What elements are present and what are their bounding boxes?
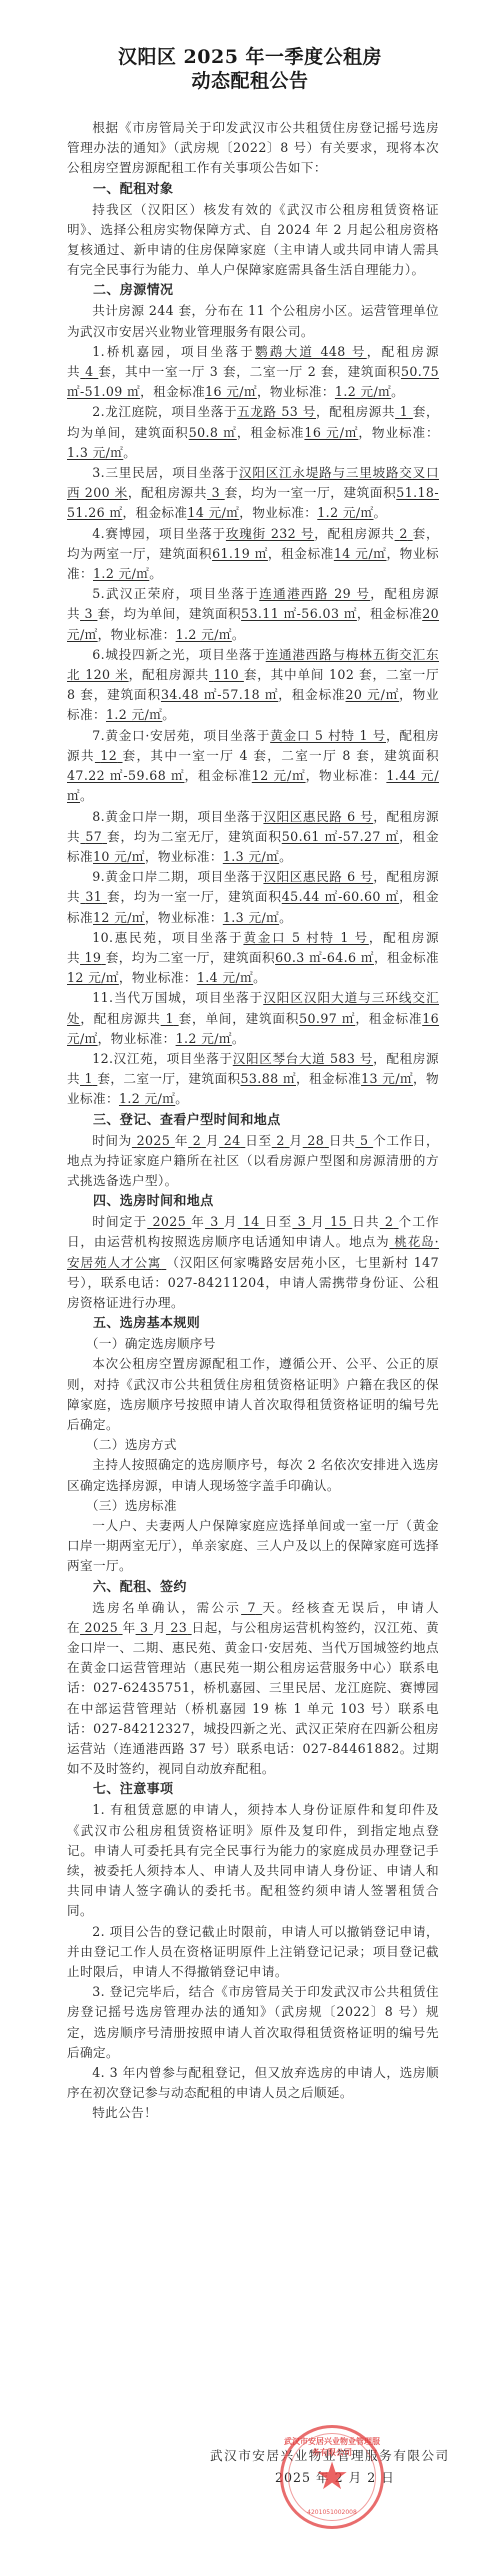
eligibility-text: 持我区（汉阳区）核发有效的《武汉市公租房租赁资格证明》、选择公租房实物保障方式、… <box>67 200 439 281</box>
notes-item-2: 2. 项目公告的登记截止时限前，申请人可以撤销登记申请，并由登记工作人员在资格证… <box>67 1922 439 1983</box>
rules-sub2-heading: （二）选房方式 <box>67 1435 439 1455</box>
rules-sub3-text: 一人户、夫妻两人户保障家庭应选择单间或一室一厅（黄金口岸一期两室无厅），单亲家庭… <box>67 1516 439 1577</box>
housing-item: 8.黄金口岸一期，项目坐落于汉阳区惠民路 6 号，配租房源共 57 套，均为二室… <box>67 807 439 868</box>
section-heading-notes: 七、注意事项 <box>67 1779 439 1800</box>
housing-item: 10.惠民苑，项目坐落于黄金口 5 村特 1 号，配租房源共 19 套，均为二室… <box>67 928 439 989</box>
notes-item-1: 1. 有租赁意愿的申请人，须持本人身份证原件和复印件及《武汉市公租房租赁资格证明… <box>67 1800 439 1921</box>
closing-text: 特此公告！ <box>67 2103 439 2123</box>
housing-item: 7.黄金口·安居苑，项目坐落于黄金口 5 村特 1 号，配租房源共 12 套，其… <box>67 726 439 807</box>
section-heading-eligibility: 一、配租对象 <box>67 179 439 200</box>
section-heading-rules: 五、选房基本规则 <box>67 1313 439 1334</box>
section-heading-signing: 六、配租、签约 <box>67 1577 439 1598</box>
rules-sub3-heading: （三）选房标准 <box>67 1496 439 1516</box>
seal-number: 4201051002008 <box>283 2509 381 2516</box>
selection-time: 时间定于 2025 年 3 月 14 日至 3 月 15 日共 2 个工作日，由… <box>67 1212 439 1313</box>
housing-item: 11.当代万国城，项目坐落于汉阳区汉阳大道与三环线交汇处，配租房源共 1 套，单… <box>67 988 439 1049</box>
section-heading-housing: 二、房源情况 <box>67 280 439 301</box>
housing-item: 6.城投四新之光，项目坐落于连通港西路与梅林五街交汇东北 120 米，配租房源共… <box>67 645 439 726</box>
document-title-line1: 汉阳区 2025 年一季度公租房 <box>0 42 500 69</box>
housing-item: 1.桥机嘉园，项目坐落于鹦鹉大道 448 号，配租房源共 4 套，其中一室一厅 … <box>67 342 439 403</box>
housing-item: 5.武汉正荣府，项目坐落于连通港西路 29 号，配租房源共 3 套，均为单间，建… <box>67 584 439 645</box>
document-body: 根据《市房管局关于印发武汉市公共租赁住房登记摇号选房管理办法的通知》（武房规〔2… <box>67 118 439 2124</box>
official-seal: 武汉市安居兴业物业管理服务有限公司 ★ 4201051002008 <box>280 2425 384 2529</box>
housing-summary: 共计房源 244 套，分布在 11 个公租房小区。运营管理单位为武汉市安居兴业物… <box>67 301 439 341</box>
rules-sub2-text: 主持人按照确定的选房顺序号，每次 2 名依次安排进入选房区确定选择房源，申请人现… <box>67 1455 439 1495</box>
housing-item: 4.赛博园，项目坐落于玫瑰街 232 号，配租房源共 2 套，均为两室一厅，建筑… <box>67 524 439 585</box>
section-heading-registration: 三、登记、查看户型时间和地点 <box>67 1110 439 1131</box>
housing-item: 2.龙江庭院，项目坐落于五龙路 53 号，配租房源共 1 套，均为单间，建筑面积… <box>67 402 439 463</box>
rules-sub1-heading: （一）确定选房顺序号 <box>67 1334 439 1354</box>
registration-time: 时间为 2025 年 2 月 24 日至 2 月 28 日共 5 个工作日，地点… <box>67 1131 439 1192</box>
housing-item: 9.黄金口岸二期，项目坐落于汉阳区惠民路 6 号，配租房源共 31 套，均为一室… <box>67 867 439 928</box>
notes-item-3: 3. 登记完毕后，结合《市房管局关于印发武汉市公共租赁住房登记摇号选房管理办法的… <box>67 1982 439 2063</box>
housing-list: 1.桥机嘉园，项目坐落于鹦鹉大道 448 号，配租房源共 4 套，其中一室一厅 … <box>67 342 439 1110</box>
intro-paragraph: 根据《市房管局关于印发武汉市公共租赁住房登记摇号选房管理办法的通知》（武房规〔2… <box>67 118 439 179</box>
housing-item: 12.汉江苑，项目坐落于汉阳区琴台大道 583 号，配租房源共 1 套，二室一厅… <box>67 1049 439 1110</box>
rules-sub1-text: 本次公租房空置房源配租工作，遵循公开、公平、公正的原则，对持《武汉市公共租赁住房… <box>67 1354 439 1435</box>
document-title-line2: 动态配租公告 <box>0 66 500 93</box>
notes-item-4: 4. 3 年内曾参与配租登记，但又放弃选房的申请人，选房顺序在初次登记参与动态配… <box>67 2063 439 2103</box>
housing-item: 3.三里民居，项目坐落于汉阳区江永堤路与三里坡路交叉口西 200 米，配租房源共… <box>67 463 439 524</box>
section-heading-selection: 四、选房时间和地点 <box>67 1191 439 1212</box>
star-icon: ★ <box>283 2456 381 2496</box>
signing-text: 选房名单确认，需公示 7 天。经核查无误后，申请人在 2025 年 3 月 23… <box>67 1598 439 1780</box>
